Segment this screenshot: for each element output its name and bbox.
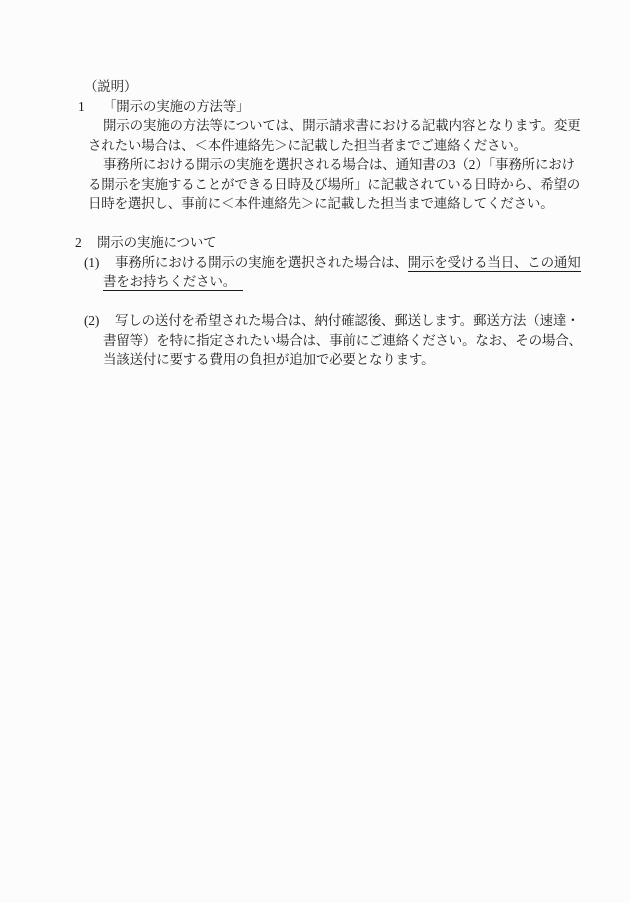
section-1-paragraph-1-line-2: されたい場合は、＜本件連絡先＞に記載した担当者までご連絡ください。	[0, 136, 630, 156]
blank-line	[0, 214, 630, 234]
document-page: （説明） 1「開示の実施の方法等」 開示の実施の方法等については、開示請求書にお…	[0, 0, 630, 903]
section-2-title: 開示の実施について	[97, 235, 216, 250]
section-1-paragraph-1-line-1: 開示の実施の方法等については、開示請求書における記載内容となります。変更	[0, 116, 630, 136]
section-1-paragraph-2-line-3: 日時を選択し、事前に＜本件連絡先＞に記載した担当まで連絡してください。	[0, 194, 630, 214]
section-1-title: 「開示の実施の方法等」	[103, 99, 249, 114]
section-2-item-2-line-3: 当該送付に要する費用の負担が追加で必要となります。	[0, 350, 630, 370]
item-1-underlined-text: 開示を受ける当日、この通知	[408, 255, 581, 272]
document-body: （説明） 1「開示の実施の方法等」 開示の実施の方法等については、開示請求書にお…	[0, 0, 630, 370]
section-2-number: 2	[75, 233, 97, 253]
blank-line	[0, 292, 630, 312]
section-2-item-1-line-1: (1)事務所における開示の実施を選択された場合は、開示を受ける当日、この通知	[0, 253, 630, 273]
doc-heading: （説明）	[0, 77, 630, 97]
section-1-title-line: 1「開示の実施の方法等」	[0, 97, 630, 117]
section-2-item-2-line-1: (2)写しの送付を希望された場合は、納付確認後、郵送します。郵送方法（速達・	[0, 311, 630, 331]
section-1-number: 1	[78, 97, 103, 117]
item-2-marker: (2)	[84, 311, 115, 331]
item-1-text: 事務所における開示の実施を選択された場合は、	[115, 255, 408, 270]
section-2-title-line: 2開示の実施について	[0, 233, 630, 253]
section-2-item-1-line-2: 書をお持ちください。	[0, 272, 630, 292]
item-1-marker: (1)	[84, 253, 115, 273]
section-1-paragraph-2-line-1: 事務所における開示の実施を選択される場合は、通知書の3（2）「事務所におけ	[0, 155, 630, 175]
item-2-text: 写しの送付を希望された場合は、納付確認後、郵送します。郵送方法（速達・	[115, 313, 579, 328]
section-1-paragraph-2-line-2: る開示を実施することができる日時及び場所」に記載されている日時から、希望の	[0, 175, 630, 195]
item-1-underlined-text-cont: 書をお持ちください。	[103, 274, 243, 291]
section-2-item-2-line-2: 書留等）を特に指定されたい場合は、事前にご連絡ください。なお、その場合、	[0, 331, 630, 351]
